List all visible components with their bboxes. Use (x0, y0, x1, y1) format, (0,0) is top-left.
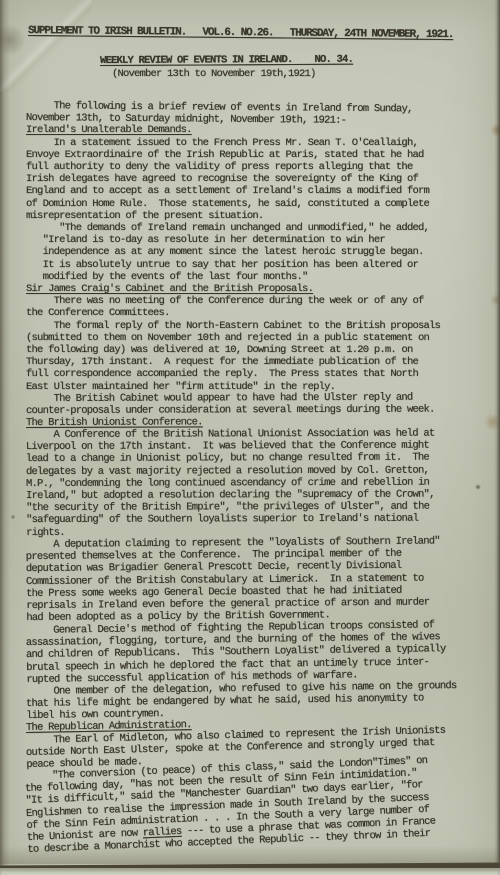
paragraph-british-cabinet: The British Cabinet would appear to have… (26, 391, 476, 417)
section-heading-craigs-cabinet: Sir James Craig's Cabinet and the Britis… (26, 283, 476, 295)
paragraph-press-quotes: "The conversion (to peace) of this class… (24, 753, 477, 856)
paragraph-ocallaigh-statement: In a statement issued to the French Pres… (26, 137, 476, 222)
scanned-page: SUPPLEMENT TO IRISH BULLETIN. VOL.6. NO.… (0, 0, 500, 875)
paragraph-formal-reply: The formal reply of the North-Eastern Ca… (26, 320, 476, 393)
paper-crease (0, 0, 92, 92)
paragraph-deputation: A deputation claiming to represent the "… (26, 535, 477, 624)
blockquote-demands-of-ireland: "The demands of Ireland remain unchanged… (26, 222, 476, 283)
underlying-page (0, 868, 500, 875)
paragraph-intro: The following is a brief review of event… (26, 100, 476, 128)
page-edge-right (494, 0, 500, 868)
review-title: WEEKLY REVIEW OF EVENTS IN IRELAND. NO. … (100, 54, 353, 67)
document-body: The following is a brief review of event… (26, 100, 476, 857)
paragraph-liverpool-conference: A Conference of the British National Uni… (26, 428, 476, 539)
paragraph-no-meeting: There was no meeting of the Conference d… (26, 295, 476, 319)
paragraph-decie-methods: General Decie's method of fighting the R… (26, 618, 477, 685)
page-edge-left (0, 0, 10, 868)
date-range: (November 13th to November 19th,1921) (112, 68, 316, 80)
